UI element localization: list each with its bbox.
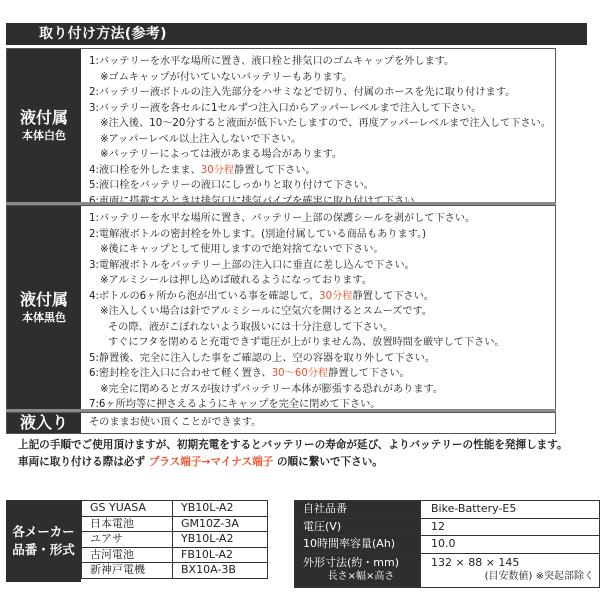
instruction-note: ※完全に閉めるとガスが抜けずバッテリー本体が膨張する恐れがあります。 [89, 382, 551, 398]
line-text: 静置して下さい。 [352, 291, 434, 302]
section-label-sub: 本体白色 [22, 128, 66, 144]
maker-label-line: 品番・形式 [12, 541, 75, 559]
maker-name: 新神戸電機 [82, 563, 173, 579]
spec-block: 各メーカー 品番・形式 GS YUASAYB10L-A2 日本電池GM10Z-3… [6, 500, 596, 582]
maker-code: YB10L-A2 [173, 532, 268, 548]
line-text: 車両に取り付ける際は必ず [18, 456, 149, 468]
dimensions-key: 外形寸法(約・mm) [303, 556, 419, 570]
dimensions-value: 132 × 88 × 145 [431, 556, 598, 570]
highlight-time: 30～60分程 [272, 368, 329, 379]
instruction-list: 1:バッテリーを水平な場所に置き、バッテリー上部の保護シールを剥がして下さい。 … [89, 211, 551, 413]
line-text: の順に繋いで下さい。 [273, 456, 383, 468]
instruction-line: 1:バッテリーを水平な場所に置き、液口栓と排気口のゴムキャップを外します。 [89, 54, 551, 70]
table-row: 電圧(V)12 [295, 518, 600, 536]
instruction-line: 6:密封栓を注入口に合わせて軽く置き、30～60分程静置して下さい。 [89, 366, 551, 382]
maker-code: YB10L-A2 [173, 501, 268, 517]
maker-code: GM10Z-3A [173, 516, 268, 532]
instruction-line: そのままお使い頂くことができます。 [89, 415, 551, 431]
section-label: 液付属 本体黒色 [7, 206, 81, 409]
note-terminal-order: 車両に取り付ける際は必ず プラス端子→マイナス端子 の順に繋いで下さい。 [18, 454, 568, 471]
table-row: 自社品番Bike-Battery-E5 [295, 501, 600, 519]
instruction-note: ※アルミシールは押し込めば破れるようになっております。 [89, 273, 551, 289]
maker-name: ユアサ [82, 532, 173, 548]
instruction-line: 1:バッテリーを水平な場所に置き、バッテリー上部の保護シールを剥がして下さい。 [89, 211, 551, 227]
instruction-note: ※注入しくい場合は針でアルミシールに空気穴を開けるとスムーズです。 [89, 304, 551, 320]
maker-label-line: 各メーカー [12, 523, 74, 541]
property-key: 電圧(V) [295, 518, 421, 536]
dimensions-note: (目安数値) ※突起部除く [431, 570, 598, 584]
table-row: GS YUASAYB10L-A2 [82, 501, 268, 517]
highlight-terminals: プラス端子→マイナス端子 [149, 456, 273, 468]
property-value: 10.0 [421, 536, 600, 554]
dimensions-key-sub: 長さ×幅×高さ [303, 570, 419, 584]
highlight-time: 30分程 [201, 165, 234, 176]
property-table: 自社品番Bike-Battery-E5 電圧(V)12 10時間率容量(Ah)1… [294, 500, 600, 588]
table-row: 日本電池GM10Z-3A [82, 516, 268, 532]
maker-label: 各メーカー 品番・形式 [6, 500, 81, 582]
section-label: 液付属 本体白色 [7, 49, 81, 202]
instruction-note: ※ゴムキャップが付いていないバッテリーもあります。 [89, 70, 551, 86]
section-label-main: 液付属 [20, 290, 68, 310]
instruction-list: そのままお使い頂くことができます。 [89, 415, 551, 431]
section-label-main: 液付属 [20, 108, 68, 128]
instruction-note: ※後にキャップとして使用しますので絶対捨てないで下さい。 [89, 242, 551, 258]
instruction-line: 2:バッテリー液ボトルの注入先部分をハサミなどで切り、付属のホースを先に取り付け… [89, 85, 551, 101]
maker-code: FB10L-A2 [173, 547, 268, 563]
instruction-note: すぐにフタを閉めると充電できず電圧が上がりません為、放置時間を厳守して下さい。 [89, 335, 551, 351]
note-charging: 上記の手順でご使用頂けますが、初期充電をするとバッテリーの寿命が延び、よりバッテ… [18, 437, 568, 454]
property-block: 自社品番Bike-Battery-E5 電圧(V)12 10時間率容量(Ah)1… [294, 500, 600, 582]
page-title: 取り付け方法(参考) [6, 23, 587, 45]
property-key: 外形寸法(約・mm) 長さ×幅×高さ [295, 553, 421, 587]
property-key: 10時間率容量(Ah) [295, 536, 421, 554]
maker-name: 日本電池 [82, 516, 173, 532]
notes: 上記の手順でご使用頂けますが、初期充電をするとバッテリーの寿命が延び、よりバッテ… [18, 437, 568, 471]
maker-name: GS YUASA [82, 501, 173, 517]
section-label-main: 液入り [20, 413, 68, 433]
instruction-line: 2:電解液ボトルの密封栓を外します。(別途付属している商品もあります。) [89, 227, 551, 243]
property-value: Bike-Battery-E5 [421, 501, 600, 519]
table-row: 新神戸電機BX10A-3B [82, 563, 268, 579]
instruction-line: 3:バッテリー液を各セルに1セルずつ注入口からアッパーレベルまで注入して下さい。 [89, 101, 551, 117]
property-value: 12 [421, 518, 600, 536]
section-white-body: 液付属 本体白色 1:バッテリーを水平な場所に置き、液口栓と排気口のゴムキャップ… [6, 48, 556, 203]
line-text: 4:ボトルの6ヶ所から泡が出ている事を確認して、 [89, 291, 319, 302]
instruction-line: 5:静置後、完全に注入した事をご確認の上、空の容器を取り外して下さい。 [89, 351, 551, 367]
maker-table: GS YUASAYB10L-A2 日本電池GM10Z-3A ユアサYB10L-A… [81, 500, 268, 579]
maker-name: 古河電池 [82, 547, 173, 563]
instruction-note: ※注入後、10～20分すると液面が低下いたしますので、再度アッパーレベルまで注入… [89, 116, 551, 132]
instruction-line: 4:ボトルの6ヶ所から泡が出ている事を確認して、30分程静置して下さい。 [89, 289, 551, 305]
line-text: 6:密封栓を注入口に合わせて軽く置き、 [89, 368, 272, 379]
table-row: 古河電池FB10L-A2 [82, 547, 268, 563]
maker-code: BX10A-3B [173, 563, 268, 579]
instruction-note: ※アッパーレベル以上注入しないで下さい。 [89, 132, 551, 148]
instruction-note: ※バッテリーによっては液があまる場合があります。 [89, 147, 551, 163]
table-row: 外形寸法(約・mm) 長さ×幅×高さ 132 × 88 × 145 (目安数値)… [295, 553, 600, 587]
instruction-line: 3:電解液ボトルをバッテリー上部の注入口に垂直に差し込んで下さい。 [89, 258, 551, 274]
property-value: 132 × 88 × 145 (目安数値) ※突起部除く [421, 553, 600, 587]
line-text: 4:液口栓を外したまま、 [89, 165, 201, 176]
section-label: 液入り [7, 413, 81, 433]
instruction-line: 5:液口栓をバッテリーの液口にしっかりと取り付けて下さい。 [89, 178, 551, 194]
table-row: 10時間率容量(Ah)10.0 [295, 536, 600, 554]
instruction-list: 1:バッテリーを水平な場所に置き、液口栓と排気口のゴムキャップを外します。 ※ゴ… [89, 54, 551, 209]
instruction-note: その際、液がこぼれないよう取扱いには十分注意して下さい。 [89, 320, 551, 336]
line-text: 静置して下さい。 [328, 368, 410, 379]
instruction-line: 4:液口栓を外したまま、30分程静置して下さい。 [89, 163, 551, 179]
line-text: 静置して下さい。 [234, 165, 316, 176]
property-key: 自社品番 [295, 501, 421, 519]
section-prefilled: 液入り そのままお使い頂くことができます。 [6, 412, 556, 434]
highlight-time: 30分程 [319, 291, 352, 302]
table-row: ユアサYB10L-A2 [82, 532, 268, 548]
section-label-sub: 本体黒色 [22, 310, 66, 326]
section-black-body: 液付属 本体黒色 1:バッテリーを水平な場所に置き、バッテリー上部の保護シールを… [6, 205, 556, 410]
